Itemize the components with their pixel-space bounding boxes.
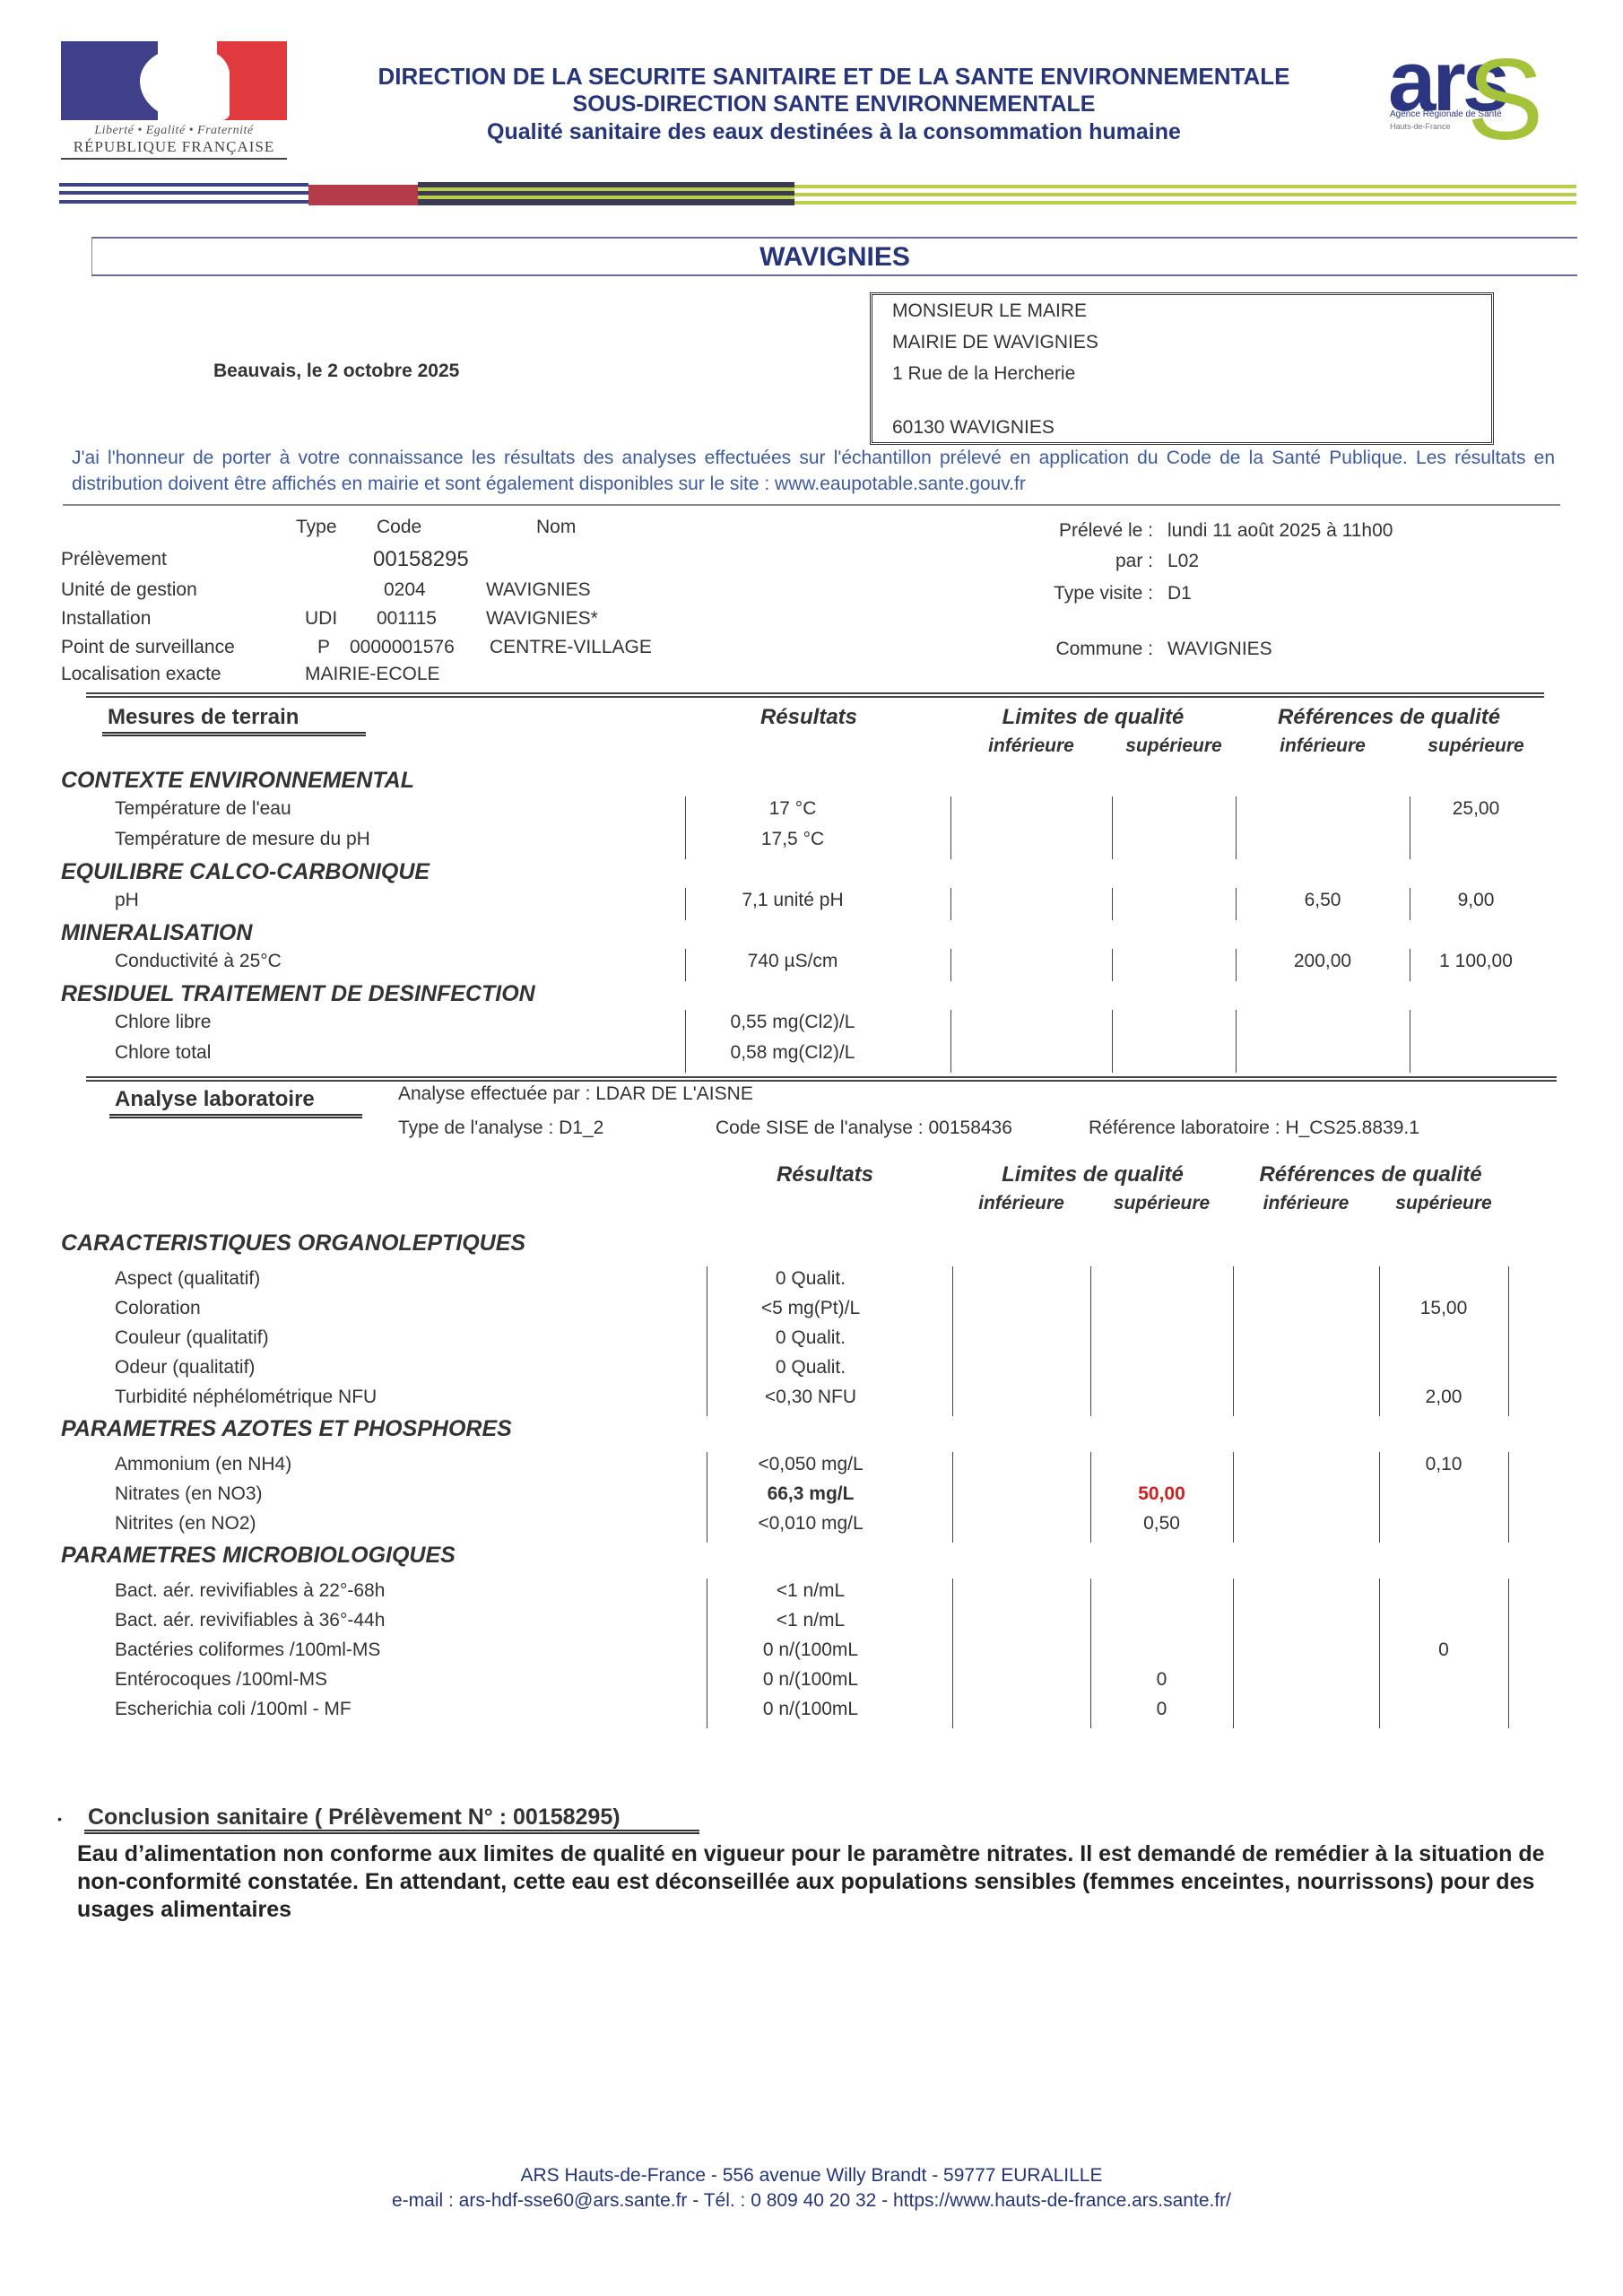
letter-date: Beauvais, le 2 octobre 2025	[213, 361, 459, 382]
parameter-name: Turbidité néphélométrique NFU	[115, 1387, 377, 1408]
column-divider	[1379, 1452, 1380, 1543]
ars-logo: ars S Agence Régionale de Santé Hauts-de…	[1381, 54, 1569, 152]
col-header-nom: Nom	[536, 517, 576, 538]
result-value: 7,1 unité pH	[685, 890, 900, 911]
column-divider	[1236, 949, 1237, 981]
commune-title: WAVIGNIES	[92, 242, 1577, 273]
column-divider	[1410, 1010, 1410, 1073]
column-divider	[1508, 1578, 1509, 1728]
result-value: 0 n/(100mL	[707, 1639, 915, 1661]
column-divider	[1233, 1266, 1234, 1416]
result-value: 0 n/(100mL	[707, 1669, 915, 1691]
installation-label: Installation	[61, 608, 151, 630]
parameter-name: Température de l'eau	[115, 798, 291, 820]
col-header-code: Code	[377, 517, 421, 538]
column-divider	[1090, 1452, 1091, 1543]
commune-label: Commune :	[1055, 639, 1153, 660]
result-value: 0,58 mg(Cl2)/L	[685, 1042, 900, 1064]
col-header-quality-references: Références de qualité	[1236, 705, 1542, 730]
column-divider	[1379, 1266, 1380, 1416]
column-divider	[950, 1010, 951, 1073]
col-subheader-superieure: supérieure	[1090, 1193, 1233, 1214]
parameter-name: Bact. aér. revivifiables à 36°-44h	[115, 1610, 385, 1631]
column-divider	[1090, 1266, 1091, 1416]
conclusion-underline	[84, 1830, 699, 1834]
result-value: 0,55 mg(Cl2)/L	[685, 1012, 900, 1033]
result-value: <0,050 mg/L	[707, 1454, 915, 1475]
column-divider	[1236, 796, 1237, 859]
lab-sise-code: Code SISE de l'analyse : 00158436	[716, 1118, 1012, 1139]
location-label: Localisation exacte	[61, 664, 221, 685]
footer-contact: e-mail : ars-hdf-sse60@ars.sante.fr - Té…	[0, 2190, 1623, 2212]
result-value: 0 n/(100mL	[707, 1699, 915, 1720]
parameter-name: Ammonium (en NH4)	[115, 1454, 291, 1475]
column-divider	[950, 888, 951, 920]
recipient-line: 60130 WAVIGNIES	[892, 417, 1055, 439]
col-subheader-superieure: supérieure	[1112, 735, 1236, 757]
result-value: 17,5 °C	[685, 829, 900, 850]
column-divider	[1410, 949, 1410, 981]
visit-type-value: D1	[1167, 583, 1192, 604]
column-divider	[950, 796, 951, 859]
lab-performed-by: Analyse effectuée par : LDAR DE L'AISNE	[398, 1083, 753, 1105]
column-divider	[707, 1452, 707, 1543]
col-header-type: Type	[296, 517, 337, 538]
conclusion-text: Eau d’alimentation non conforme aux limi…	[77, 1840, 1566, 1924]
terrain-title-underline	[102, 732, 366, 736]
ars-region-label: Hauts-de-France	[1390, 122, 1451, 131]
parameter-name: Nitrites (en NO2)	[115, 1513, 256, 1535]
column-divider	[685, 1010, 686, 1073]
parameter-name: Température de mesure du pH	[115, 829, 370, 850]
parameter-name: Chlore total	[115, 1042, 211, 1064]
col-subheader-inferieure: inférieure	[1236, 735, 1410, 757]
parameter-name: Couleur (qualitatif)	[115, 1327, 269, 1349]
threshold-value: 2,00	[1379, 1387, 1508, 1408]
parameter-name: Bact. aér. revivifiables à 22°-68h	[115, 1580, 385, 1602]
exceeded-limit-value: 50,00	[1090, 1483, 1233, 1505]
lab-title-underline	[109, 1114, 362, 1118]
result-value: <1 n/mL	[707, 1610, 915, 1631]
unit-label: Unité de gestion	[61, 579, 197, 601]
document-header: DIRECTION DE LA SECURITE SANITAIRE ET DE…	[296, 63, 1372, 146]
parameter-name: Bactéries coliformes /100ml-MS	[115, 1639, 380, 1661]
header-line-2: SOUS-DIRECTION SANTE ENVIRONNEMENTALE	[296, 91, 1372, 118]
surveillance-code: 0000001576	[350, 637, 455, 658]
column-divider	[952, 1578, 953, 1728]
threshold-value: 9,00	[1410, 890, 1542, 911]
group-heading: MINERALISATION	[61, 920, 252, 946]
rf-name: RÉPUBLIQUE FRANÇAISE	[61, 138, 287, 160]
result-value: 740 µS/cm	[685, 951, 900, 972]
column-divider	[1379, 1578, 1380, 1728]
column-divider	[1236, 1010, 1237, 1073]
double-divider	[86, 1076, 1557, 1082]
header-line-3: Qualité sanitaire des eaux destinées à l…	[296, 118, 1372, 146]
col-subheader-superieure: supérieure	[1410, 735, 1542, 757]
lab-title: Analyse laboratoire	[115, 1087, 315, 1112]
commune-value: WAVIGNIES	[1167, 639, 1272, 660]
header-stripes-divider	[59, 182, 1576, 205]
sample-label: Prélèvement	[61, 549, 167, 570]
column-divider	[1112, 949, 1113, 981]
result-value: 17 °C	[685, 798, 900, 820]
column-divider	[1236, 888, 1237, 920]
bullet-mark: •	[57, 1812, 62, 1826]
unit-code: 0204	[384, 579, 426, 601]
column-divider	[685, 796, 686, 859]
surveillance-name: CENTRE-VILLAGE	[490, 637, 652, 658]
group-heading: CARACTERISTIQUES ORGANOLEPTIQUES	[61, 1231, 525, 1257]
column-divider	[952, 1266, 953, 1416]
surveillance-type: P	[317, 637, 330, 658]
threshold-value: 200,00	[1236, 951, 1410, 972]
col-header-results: Résultats	[719, 705, 898, 730]
installation-code: 001115	[377, 608, 437, 630]
recipient-address-box: MONSIEUR LE MAIRE MAIRIE DE WAVIGNIES 1 …	[870, 292, 1494, 445]
parameter-name: Chlore libre	[115, 1012, 211, 1033]
col-subheader-inferieure: inférieure	[952, 1193, 1090, 1214]
location-value: MAIRIE-ECOLE	[305, 664, 440, 685]
column-divider	[952, 1452, 953, 1543]
result-value: <0,010 mg/L	[707, 1513, 915, 1535]
sampled-on-label: Prélevé le :	[1059, 520, 1153, 542]
commune-title-box: WAVIGNIES	[91, 237, 1577, 276]
column-divider	[1112, 888, 1113, 920]
header-line-1: DIRECTION DE LA SECURITE SANITAIRE ET DE…	[296, 63, 1372, 91]
threshold-value: 0	[1090, 1669, 1233, 1691]
divider	[63, 504, 1560, 506]
ars-agency-label: Agence Régionale de Santé	[1390, 109, 1502, 119]
group-heading: EQUILIBRE CALCO-CARBONIQUE	[61, 859, 430, 885]
result-value: 0 Qualit.	[707, 1327, 915, 1349]
threshold-value: 0	[1090, 1699, 1233, 1720]
result-value: 66,3 mg/L	[707, 1483, 915, 1505]
republique-francaise-logo: Liberté • Egalité • Fraternité RÉPUBLIQU…	[61, 41, 287, 160]
visit-type-label: Type visite :	[1054, 583, 1153, 604]
col-subheader-inferieure: inférieure	[950, 735, 1112, 757]
rf-motto: Liberté • Egalité • Fraternité	[61, 124, 287, 138]
column-divider	[1112, 796, 1113, 859]
threshold-value: 0	[1379, 1639, 1508, 1661]
parameter-name: pH	[115, 890, 139, 911]
result-value: 0 Qualit.	[707, 1357, 915, 1378]
ars-logo-s-icon: S	[1467, 34, 1543, 166]
unit-name: WAVIGNIES	[486, 579, 591, 601]
threshold-value: 0,10	[1379, 1454, 1508, 1475]
sampled-by-label: par :	[1115, 551, 1153, 572]
column-divider	[1508, 1452, 1509, 1543]
threshold-value: 6,50	[1236, 890, 1410, 911]
recipient-line: MONSIEUR LE MAIRE	[892, 300, 1087, 322]
marianne-flag-icon	[61, 41, 287, 120]
installation-type: UDI	[305, 608, 337, 630]
column-divider	[1410, 888, 1410, 920]
parameter-name: Coloration	[115, 1298, 201, 1319]
recipient-line: 1 Rue de la Hercherie	[892, 363, 1075, 385]
column-divider	[685, 949, 686, 981]
threshold-value: 0,50	[1090, 1513, 1233, 1535]
parameter-name: Aspect (qualitatif)	[115, 1268, 260, 1290]
column-divider	[1112, 1010, 1113, 1073]
sampled-on-value: lundi 11 août 2025 à 11h00	[1167, 520, 1393, 542]
double-divider	[86, 692, 1544, 698]
group-heading: RESIDUEL TRAITEMENT DE DESINFECTION	[61, 981, 535, 1007]
parameter-name: Odeur (qualitatif)	[115, 1357, 255, 1378]
col-header-quality-references: Références de qualité	[1233, 1162, 1508, 1187]
installation-name: WAVIGNIES*	[486, 608, 598, 630]
threshold-value: 25,00	[1410, 798, 1542, 820]
column-divider	[1410, 796, 1410, 859]
group-heading: PARAMETRES MICROBIOLOGIQUES	[61, 1543, 456, 1569]
group-heading: PARAMETRES AZOTES ET PHOSPHORES	[61, 1416, 512, 1442]
terrain-title: Mesures de terrain	[108, 705, 299, 730]
column-divider	[950, 949, 951, 981]
col-header-results: Résultats	[735, 1162, 915, 1187]
group-heading: CONTEXTE ENVIRONNEMENTAL	[61, 768, 414, 794]
parameter-name: Escherichia coli /100ml - MF	[115, 1699, 352, 1720]
col-subheader-superieure: supérieure	[1379, 1193, 1508, 1214]
col-header-quality-limits: Limites de qualité	[952, 1162, 1233, 1187]
column-divider	[1233, 1578, 1234, 1728]
column-divider	[685, 888, 686, 920]
footer-address: ARS Hauts-de-France - 556 avenue Willy B…	[0, 2165, 1623, 2187]
column-divider	[707, 1578, 707, 1728]
lab-analysis-type: Type de l'analyse : D1_2	[398, 1118, 603, 1139]
column-divider	[707, 1266, 707, 1416]
threshold-value: 1 100,00	[1410, 951, 1542, 972]
parameter-name: Entérocoques /100ml-MS	[115, 1669, 327, 1691]
recipient-line: MAIRIE DE WAVIGNIES	[892, 332, 1098, 353]
col-header-quality-limits: Limites de qualité	[950, 705, 1236, 730]
threshold-value: 15,00	[1379, 1298, 1508, 1319]
column-divider	[1508, 1266, 1509, 1416]
column-divider	[1090, 1578, 1091, 1728]
result-value: <0,30 NFU	[707, 1387, 915, 1408]
col-subheader-inferieure: inférieure	[1233, 1193, 1379, 1214]
intro-paragraph: J'ai l'honneur de porter à votre connais…	[72, 445, 1555, 497]
result-value: <1 n/mL	[707, 1580, 915, 1602]
column-divider	[1233, 1452, 1234, 1543]
surveillance-label: Point de surveillance	[61, 637, 235, 658]
parameter-name: Conductivité à 25°C	[115, 951, 282, 972]
parameter-name: Nitrates (en NO3)	[115, 1483, 263, 1505]
sample-code: 00158295	[373, 547, 469, 572]
sampled-by-value: L02	[1167, 551, 1199, 572]
result-value: <5 mg(Pt)/L	[707, 1298, 915, 1319]
conclusion-title: Conclusion sanitaire ( Prélèvement N° : …	[88, 1805, 621, 1831]
result-value: 0 Qualit.	[707, 1268, 915, 1290]
lab-reference: Référence laboratoire : H_CS25.8839.1	[1089, 1118, 1419, 1139]
